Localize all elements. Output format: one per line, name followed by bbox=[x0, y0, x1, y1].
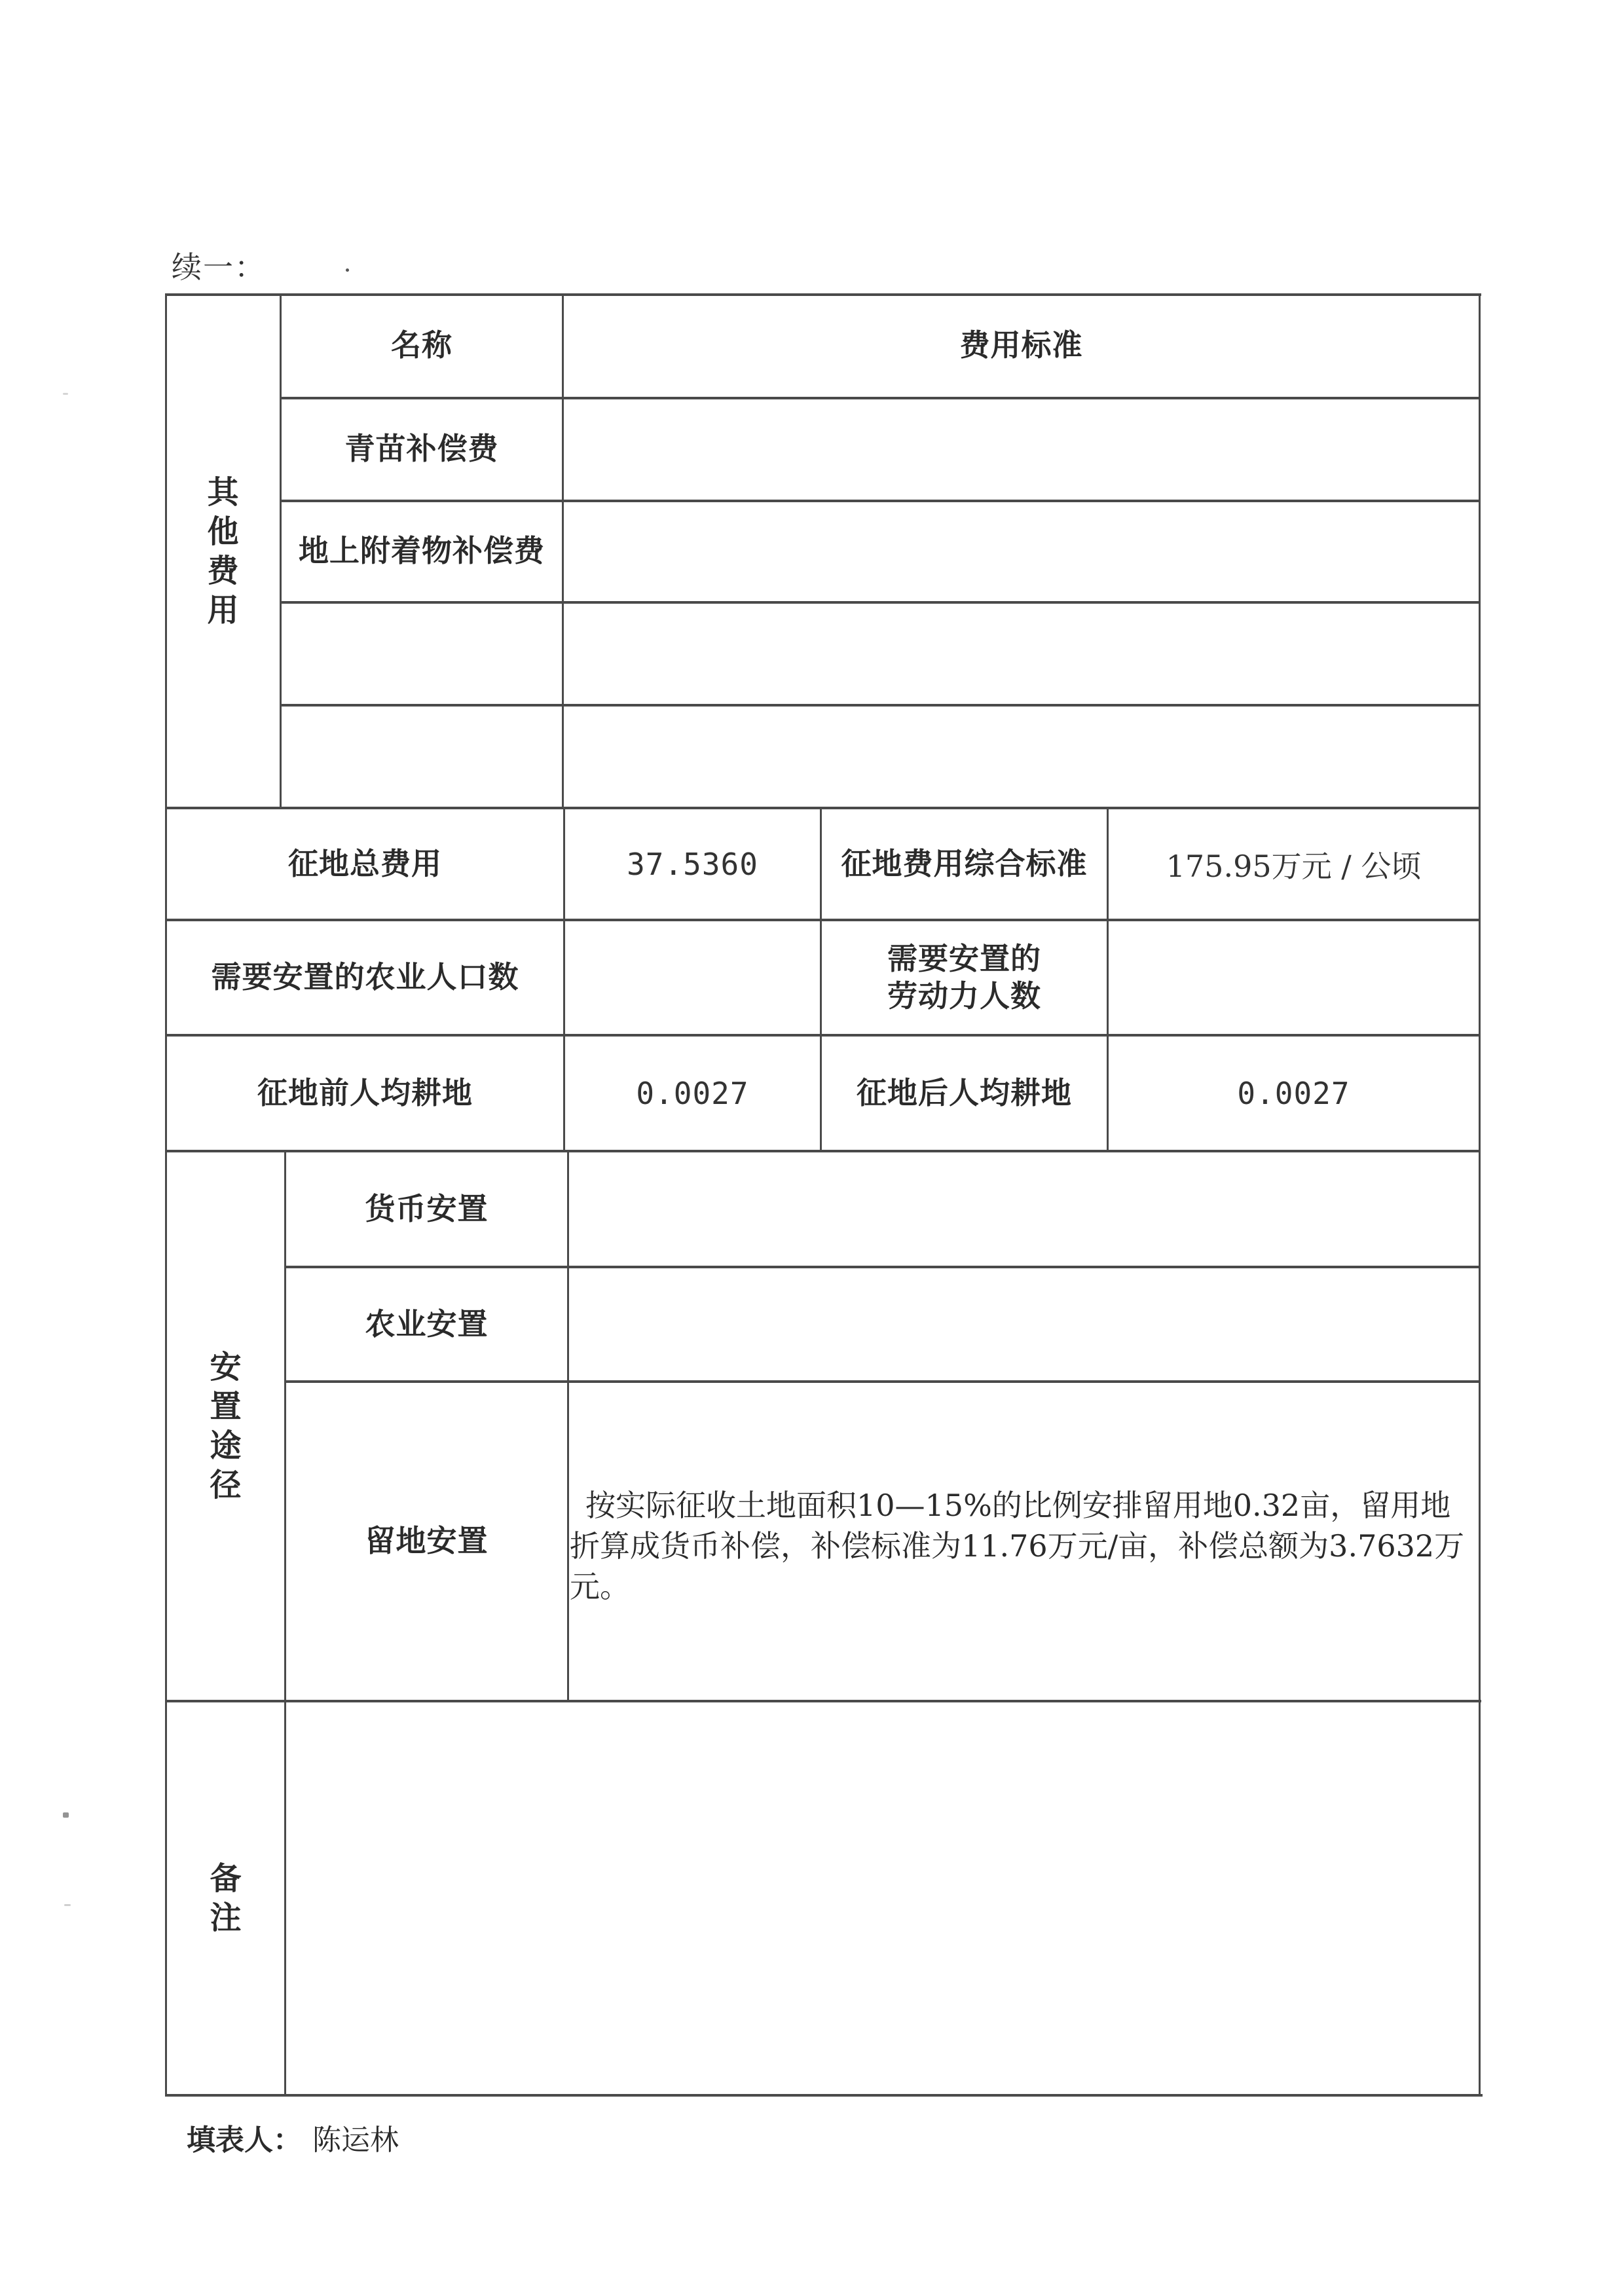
labor-count-label-line2: 劳动力人数 bbox=[887, 978, 1041, 1016]
fee-standard-green-crops[interactable] bbox=[564, 398, 1479, 500]
fee-standard-attachments[interactable] bbox=[564, 501, 1479, 601]
fee-name-attachments: 地上附着物补偿费 bbox=[282, 501, 562, 601]
label-char: 径 bbox=[210, 1465, 241, 1505]
fee-name-green-crops: 青苗补偿费 bbox=[282, 398, 562, 500]
section-label-resettlement: 安 置 途 径 bbox=[167, 1152, 284, 1700]
table-border-right bbox=[1479, 293, 1481, 2097]
filler-name: 陈运林 bbox=[312, 2123, 399, 2157]
label-char: 安 bbox=[210, 1348, 241, 1387]
scan-speck bbox=[63, 393, 68, 395]
farmland-after-label: 征地后人均耕地 bbox=[822, 1037, 1107, 1150]
continuation-label: 续一： bbox=[172, 244, 266, 287]
resettlement-monetary-label: 货币安置 bbox=[286, 1152, 567, 1266]
label-char: 注 bbox=[210, 1898, 241, 1937]
fee-name-blank-2[interactable] bbox=[282, 705, 562, 807]
label-char: 途 bbox=[210, 1426, 241, 1465]
farmland-before-value: 0.0027 bbox=[565, 1037, 820, 1150]
fee-standard-blank-2[interactable] bbox=[564, 705, 1479, 807]
composite-standard-label: 征地费用综合标准 bbox=[822, 809, 1107, 919]
label-char: 他 bbox=[207, 512, 238, 551]
fee-standard-blank-1[interactable] bbox=[564, 602, 1479, 704]
total-cost-value: 37.5360 bbox=[565, 809, 820, 919]
filler-label: 填表人： bbox=[187, 2123, 302, 2157]
section-label-remarks: 备 注 bbox=[167, 1702, 284, 2094]
labor-count-label-line1: 需要安置的 bbox=[887, 940, 1041, 978]
resettlement-agricultural-content[interactable] bbox=[569, 1268, 1479, 1380]
stray-dot bbox=[346, 268, 349, 272]
labor-count-value[interactable] bbox=[1109, 921, 1479, 1034]
remarks-content[interactable] bbox=[286, 1702, 1479, 2094]
resettlement-reserved-land-label: 留地安置 bbox=[286, 1383, 567, 1700]
header-standard: 费用标准 bbox=[564, 295, 1479, 397]
header-name: 名称 bbox=[282, 295, 562, 397]
label-char: 其 bbox=[207, 473, 238, 512]
footer-filler: 填表人：陈运林 bbox=[187, 2116, 399, 2158]
label-char: 用 bbox=[207, 591, 238, 630]
label-char: 费 bbox=[207, 551, 238, 591]
label-char: 置 bbox=[210, 1387, 241, 1426]
agri-population-label: 需要安置的农业人口数 bbox=[167, 921, 563, 1034]
label-char: 备 bbox=[210, 1859, 241, 1898]
fee-name-blank-1[interactable] bbox=[282, 602, 562, 704]
labor-count-label: 需要安置的 劳动力人数 bbox=[822, 921, 1107, 1034]
farmland-after-value: 0.0027 bbox=[1109, 1037, 1479, 1150]
agri-population-value[interactable] bbox=[565, 921, 820, 1034]
total-cost-label: 征地总费用 bbox=[167, 809, 563, 919]
scan-speck bbox=[64, 1904, 71, 1906]
resettlement-agricultural-label: 农业安置 bbox=[286, 1268, 567, 1380]
table-border-bottom bbox=[165, 2094, 1483, 2097]
composite-standard-value: 175.95万元 / 公顷 bbox=[1109, 809, 1479, 919]
resettlement-monetary-content[interactable] bbox=[569, 1152, 1479, 1266]
farmland-before-label: 征地前人均耕地 bbox=[167, 1037, 563, 1150]
scan-speck bbox=[63, 1812, 69, 1818]
resettlement-reserved-land-content: 按实际征收土地面积10—15%的比例安排留用地0.32亩，留用地折算成货币补偿，… bbox=[570, 1485, 1477, 1607]
section-label-other-fees: 其 他 费 用 bbox=[166, 295, 280, 808]
